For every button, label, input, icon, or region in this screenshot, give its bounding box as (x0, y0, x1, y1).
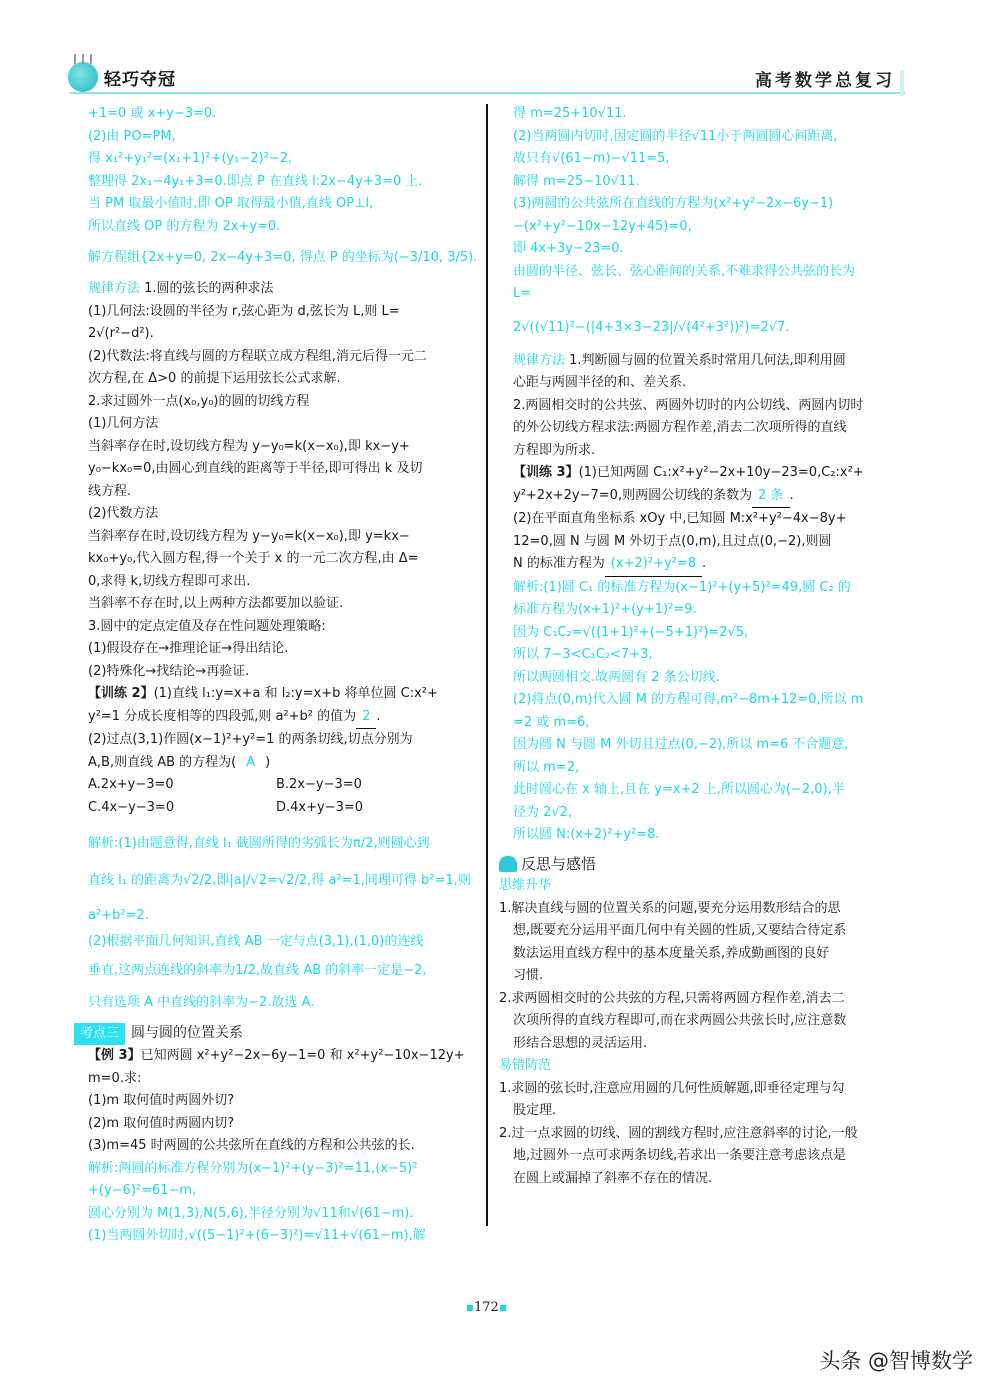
analysis-line: =2 或 m=6, (513, 712, 905, 735)
solution-line: 整理得 2x₁−4y₁+3=0.即点 P 在直线 l:2x−4y+3=0 上. (88, 171, 480, 194)
thinking-item: 2.求两圆相交时的公共弦的方程,只需将两圆方程作差,消去二 次项所得的直线方程即… (499, 988, 905, 1056)
analysis-line: +(y−6)²=61−m, (88, 1180, 480, 1203)
rule-method-line: 1.判断圆与圆的位置关系时常用几何法,即利用圆 (569, 353, 846, 368)
option-a: A.2x+y−3=0 (88, 774, 276, 797)
rule-method-line: kx₀+y₀,代入圆方程,得一个关于 x 的一元二次方程,由 Δ= (88, 548, 480, 571)
example3-label: 【例 3】 (88, 1048, 141, 1063)
pitfall-item: 2.过一点求圆的切线、圆的割线方程时,应注意斜率的讨论,一般 地,过圆外一点可求… (499, 1123, 905, 1191)
solution-line: 2√((√11)²−(|4+3×3−23|/√(4²+3²))²)=2√7. (513, 306, 905, 350)
thinking-item: 1.解决直线与圆的位置关系的问题,要充分运用数形结合的思 想,既要充分运用平面几… (499, 898, 905, 988)
option-b: B.2x−y−3=0 (276, 774, 362, 797)
analysis-line: 径为 2√2, (513, 802, 905, 825)
rule-method-label: 规律方法 (513, 353, 565, 368)
rule-method-line: 心距与两圆半径的和、差关系. (513, 372, 905, 395)
solution-line: 得 x₁²+y₁²=(x₁+1)²+(y₁−2)²−2, (88, 148, 480, 171)
analysis-line: (1)当两圆外切时,√((5−1)²+(6−3)²)=√11+√(61−m),解 (88, 1225, 480, 1248)
analysis-line: a²+b²=2. (88, 901, 480, 931)
analysis-line: 只有选项 A 中直线的斜率为−2.故选 A. (88, 988, 480, 1018)
training2-question1: 【训练 2】(1)直线 l₁:y=x+a 和 l₂:y=x+b 将单位圆 C:x… (88, 683, 480, 706)
rule-method-line: 2√(r²−d²). (88, 323, 480, 346)
analysis-line: 因为圆 N 与圆 M 外切且过点(0,−2),所以 m=6 不合题意, (513, 734, 905, 757)
header-rule (70, 92, 905, 94)
answer-blank: 2 (356, 706, 376, 730)
reflection-heading: 反思与感悟 (499, 853, 905, 876)
answer-choice: A (236, 755, 265, 770)
solution-line: 得 m=25+10√11. (513, 103, 905, 126)
options-row: A.2x+y−3=0 B.2x−y−3=0 (88, 774, 480, 797)
example3-line: 【例 3】已知两圆 x²+y²−2x−6y−1=0 和 x²+y²−10x−12… (88, 1045, 480, 1068)
solution-line: 解得 m=25−10√11. (513, 171, 905, 194)
rule-method-line: 当斜率存在时,设切线方程为 y−y₀=k(x−x₀),即 y=kx− (88, 526, 480, 549)
option-c: C.4x−y−3=0 (88, 797, 276, 820)
training3-question1: 【训练 3】(1)已知两圆 C₁:x²+y²−2x+10y−23=0,C₂:x²… (513, 462, 905, 485)
rule-method-line: (1)几何方法 (88, 413, 480, 436)
example3-line: (3)m=45 时两圆的公共弦所在直线的方程和公共弦的长. (88, 1135, 480, 1158)
rule-method-line: 2.求过圆外一点(x₀,y₀)的圆的切线方程 (88, 391, 480, 414)
rule-method-line: (2)代数法:将直线与圆的方程联立成方程组,消元后得一元二 (88, 346, 480, 369)
solution-line: 所以直线 OP 的方程为 2x+y=0. (88, 216, 480, 239)
solution-line: 即 4x+3y−23=0. (513, 238, 905, 261)
analysis-line: 所以 m=2, (513, 757, 905, 780)
analysis-line: 因为 C₁C₂=√((1+1)²+(−5+1)²)=2√5, (513, 622, 905, 645)
rule-method-line: 当斜率存在时,设切线方程为 y−y₀=k(x−x₀),即 kx−y+ (88, 436, 480, 459)
solution-line: +1=0 或 x+y−3=0. (88, 103, 480, 126)
example3-line: (1)m 取何值时两圆外切? (88, 1090, 480, 1113)
solution-line: L= (513, 283, 905, 306)
crown-badge-icon (68, 62, 98, 92)
analysis-line: 所以 7−3<C₁C₂<7+3, (513, 644, 905, 667)
rule-method-line: y₀−kx₀=0,由圆心到直线的距离等于半径,即可得出 k 及切 (88, 458, 480, 481)
analysis-line: (2)将点(0,m)代入圆 M 的方程可得,m²−8m+12=0,所以 m (513, 689, 905, 712)
section-title: 圆与圆的位置关系 (131, 1025, 243, 1041)
pitfall-item: 1.求圆的弦长时,注意应用圆的几何性质解题,即垂径定理与勾 股定理. (499, 1078, 905, 1123)
option-d: D.4x+y−3=0 (276, 797, 363, 820)
solution-line: −(x²+y²−10x−12y+45)=0, (513, 216, 905, 239)
subheading-thinking: 思维升华 (499, 875, 905, 898)
solution-line: (2)当两圆内切时,因定圆的半径√11小于两圆圆心间距离, (513, 126, 905, 149)
solution-line: 由圆的半径、弦长、弦心距间的关系,不难求得公共弦的长为 (513, 261, 905, 284)
subheading-pitfalls: 易错防范 (499, 1055, 905, 1078)
example3-line: m=0.求: (88, 1068, 480, 1091)
watermark: 头条 @智博数学 (819, 1345, 973, 1375)
analysis-line: 直线 l₁ 的距离为√2/2,即|a|/√2=√2/2,得 a²=1,同理可得 … (88, 861, 480, 901)
rule-method-line: 当斜率不存在时,以上两种方法都要加以验证. (88, 593, 480, 616)
analysis-line: 解析:两圆的标准方程分别为(x−1)²+(y−3)²=11,(x−5)² (88, 1158, 480, 1181)
rule-method-line: 方程即为所求. (513, 440, 905, 463)
training2-question1-cont: y²=1 分成长度相等的四段弧,则 a²+b² 的值为2. (88, 706, 480, 730)
solution-line: 当 PM 取最小值时,即 OP 取得最小值,直线 OP⊥l, (88, 193, 480, 216)
left-column: +1=0 或 x+y−3=0. (2)由 PO=PM, 得 x₁²+y₁²=(x… (88, 103, 480, 1248)
analysis-line: 垂直,这两点连线的斜率为1/2,故直线 AB 的斜率一定是−2, (88, 954, 480, 988)
rule-method-line: 3.圆中的定点定值及存在性问题处理策略: (88, 616, 480, 639)
training3-label: 【训练 3】 (513, 465, 579, 480)
square-bullet-icon (500, 1305, 506, 1311)
square-bullet-icon (467, 1305, 473, 1311)
teacher-pointer-icon (499, 856, 517, 872)
rule-method-line: (1)几何法:设圆的半径为 r,弦心距为 d,弦长为 L,则 L= (88, 301, 480, 324)
section-tag: 考点三 (74, 1023, 125, 1046)
solution-line: 解方程组{2x+y=0, 2x−4y+3=0, 得点 P 的坐标为(−3/10,… (88, 238, 480, 278)
training3-question1-cont: y²+2x+2y−7=0,则两圆公切线的条数为2 条. (513, 485, 905, 509)
book-title: 高考数学总复习 (755, 66, 895, 91)
rule-method-line: 次方程,在 Δ>0 的前提下运用弦长公式求解. (88, 368, 480, 391)
analysis-line: 圆心分别为 M(1,3),N(5,6),半径分别为√11和√(61−m). (88, 1203, 480, 1226)
header-edge-decoration (900, 70, 904, 96)
section-heading: 考点三圆与圆的位置关系 (88, 1022, 480, 1046)
analysis-line: 此时圆心在 x 轴上,且在 y=x+2 上,所以圆心为(−2,0),半 (513, 779, 905, 802)
example3-line: (2)m 取何值时两圆内切? (88, 1113, 480, 1136)
answer-blank: 2 条 (752, 485, 789, 509)
training2-question2-cont: A,B,则直线 AB 的方程为(A) (88, 752, 480, 775)
solution-line: 故只有√(61−m)−√11=5, (513, 148, 905, 171)
page-number: 172 (466, 1300, 507, 1315)
right-column: 得 m=25+10√11. (2)当两圆内切时,因定圆的半径√11小于两圆圆心间… (513, 103, 905, 1190)
rule-method-line: (2)代数方法 (88, 503, 480, 526)
training2-label: 【训练 2】 (88, 686, 154, 701)
solution-line: (3)两圆的公共弦所在直线的方程为(x²+y²−2x−6y−1) (513, 193, 905, 216)
rule-method-line: 线方程. (88, 481, 480, 504)
analysis-line: (2)根据平面几何知识,直线 AB 一定与点(3,1),(1,0)的连线 (88, 931, 480, 954)
logo-text: 轻巧夺冠 (104, 65, 176, 90)
column-divider (486, 104, 488, 1226)
training3-question2: (2)在平面直角坐标系 xOy 中,已知圆 M:x²+y²−4x−8y+ (513, 508, 905, 531)
answer-blank: (x+2)²+y²=8 (605, 553, 702, 577)
rule-method-line: 0,求得 k,切线方程即可求出. (88, 571, 480, 594)
rule-method-heading: 规律方法 1.判断圆与圆的位置关系时常用几何法,即利用圆 (513, 350, 905, 373)
rule-method-line: (2)特殊化→找结论→再验证. (88, 661, 480, 684)
reflection-title: 反思与感悟 (521, 855, 596, 873)
analysis-line: 所以圆 N:(x+2)²+y²=8. (513, 824, 905, 847)
book-logo: 轻巧夺冠 (68, 62, 176, 92)
rule-method-heading: 规律方法 1.圆的弦长的两种求法 (88, 278, 480, 301)
options-row: C.4x−y−3=0 D.4x+y−3=0 (88, 797, 480, 820)
rule-method-line: 1.圆的弦长的两种求法 (144, 281, 273, 296)
rule-method-line: 2.两圆相交时的公共弦、两圆外切时的内公切线、两圆内切时 (513, 395, 905, 418)
training3-question2-cont: N 的标准方程为(x+2)²+y²=8. (513, 553, 905, 577)
rule-method-label: 规律方法 (88, 281, 140, 296)
analysis-line: 所以两圆相交.故两圆有 2 条公切线. (513, 667, 905, 690)
analysis-line: 解析:(1)圆 C₁ 的标准方程为(x−1)²+(y+5)²=49,圆 C₂ 的 (513, 577, 905, 600)
solution-line: (2)由 PO=PM, (88, 126, 480, 149)
rule-method-line: (1)假设存在→推理论证→得出结论. (88, 638, 480, 661)
analysis-line: 解析:(1)由题意得,直线 l₁ 截圆所得的劣弧长为π/2,则圆心到 (88, 827, 480, 861)
rule-method-line: 的外公切线方程求法:两圆方程作差,消去二次项所得的直线 (513, 417, 905, 440)
analysis-line: 标准方程为(x+1)²+(y+1)²=9. (513, 599, 905, 622)
training3-question2-cont: 12=0,圆 N 与圆 M 外切于点(0,m),且过点(0,−2),则圆 (513, 531, 905, 554)
training2-question2: (2)过点(3,1)作圆(x−1)²+y²=1 的两条切线,切点分别为 (88, 729, 480, 752)
